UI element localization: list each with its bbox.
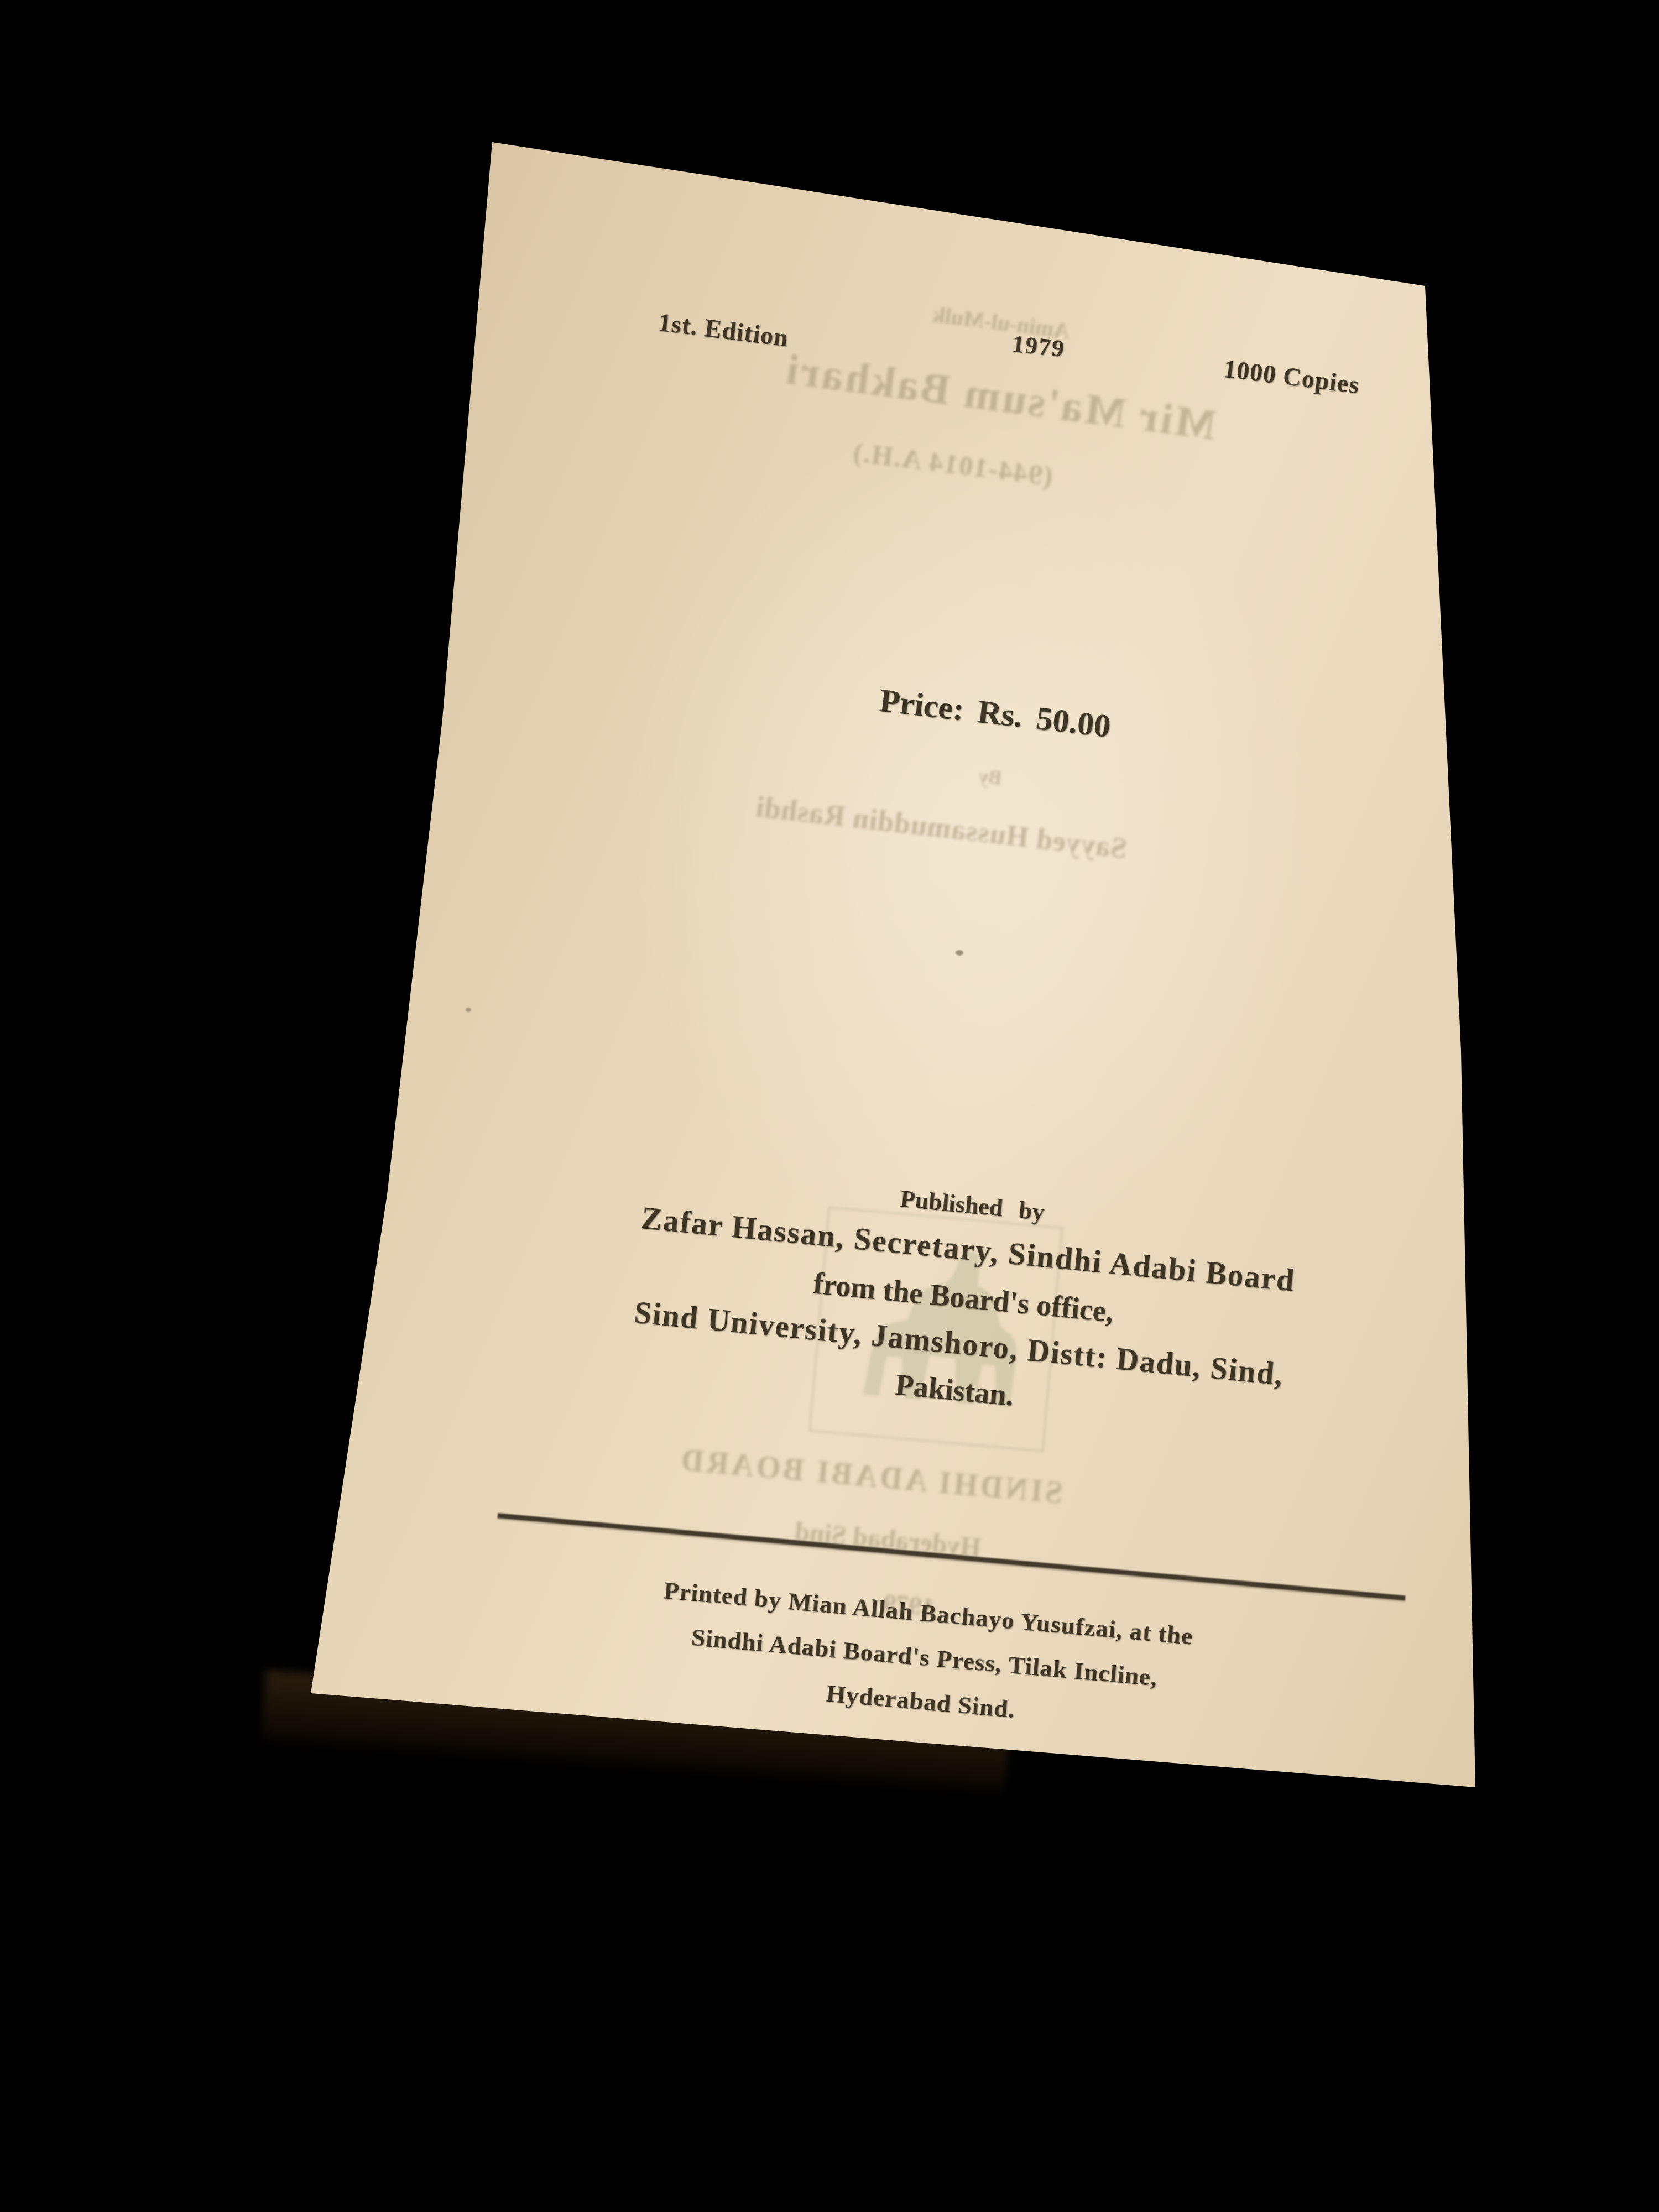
copies-label: 1000 Copies bbox=[1222, 354, 1361, 400]
paper-speck bbox=[956, 950, 963, 956]
ghost-by-text: By bbox=[978, 764, 1003, 790]
ghost-title-main-text: Mir Ma'sum Bakhari bbox=[781, 344, 1219, 450]
publisher-block: Published by Zafar Hassan, Secretary, Si… bbox=[554, 1148, 1374, 1452]
ghost-by: By bbox=[978, 764, 1003, 790]
photo-of-book-colophon-page: Amin-ul-Mulk Mir Ma'sum Bakhari (944-101… bbox=[0, 0, 1659, 2212]
ghost-board-text: SINDHI ADABI BOARD bbox=[677, 1442, 1064, 1511]
ghost-title-dates-text: (944-1014 A.H.) bbox=[851, 436, 1055, 492]
ghost-board: SINDHI ADABI BOARD bbox=[677, 1442, 1064, 1511]
ghost-author-text: Sayyed Hussamuddin Rashdi bbox=[754, 791, 1129, 865]
ghost-author: Sayyed Hussamuddin Rashdi bbox=[754, 791, 1129, 865]
ghost-title-main: Mir Ma'sum Bakhari bbox=[781, 344, 1219, 450]
book-page: Amin-ul-Mulk Mir Ma'sum Bakhari (944-101… bbox=[0, 0, 1659, 2212]
ghost-title-dates: (944-1014 A.H.) bbox=[851, 436, 1055, 492]
price-label: Price: Rs. 50.00 bbox=[878, 681, 1113, 745]
edition-label: 1st. Edition bbox=[657, 307, 791, 352]
paper-speck bbox=[466, 1008, 471, 1012]
year-label: 1979 bbox=[1011, 330, 1067, 363]
